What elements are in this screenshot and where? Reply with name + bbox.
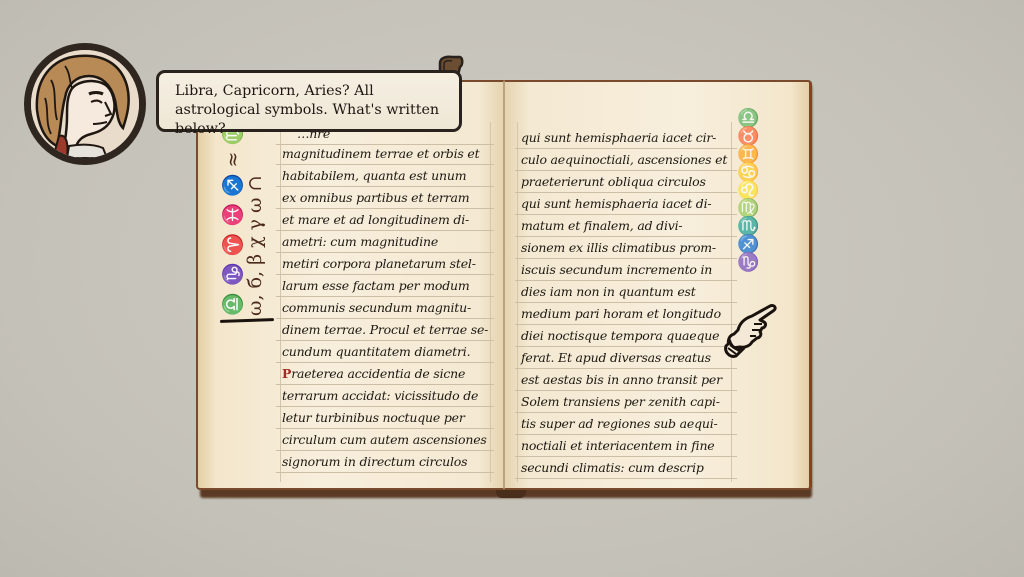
line-text: raeterea accidentia de sicne — [291, 366, 465, 381]
line-text: matum et finalem, ad divi- — [521, 218, 682, 233]
manuscript-line: habitabilem, quanta est unum — [282, 168, 466, 183]
ruled-line — [515, 412, 737, 413]
ruled-line — [276, 296, 494, 297]
open-manuscript-book: ♎ ♑ ♈ ♓ ♐ ≈ ♍ ω, б, β χ γ ω ∩ …nremagnit… — [196, 76, 812, 496]
ruled-line — [515, 258, 737, 259]
manuscript-line: dinem terrae. Procul et terrae se- — [282, 322, 488, 337]
ruled-line — [276, 144, 494, 145]
line-text: qui sunt hemisphaeria iacet di- — [521, 196, 711, 211]
ruled-line — [515, 390, 737, 391]
line-text: magnitudinem terrae et orbis et — [282, 146, 479, 161]
manuscript-line: cundum quantitatem diametri. — [282, 344, 470, 359]
manuscript-line: ametri: cum magnitudine — [282, 234, 438, 249]
manuscript-line: et mare et ad longitudinem di- — [282, 212, 469, 227]
line-text: sionem ex illis climatibus prom- — [521, 240, 716, 255]
line-text: dies iam non in quantum est — [521, 284, 696, 299]
ruled-line — [515, 280, 737, 281]
manuscript-line: metiri corpora planetarum stel- — [282, 256, 476, 271]
astrological-symbols-column-1[interactable]: ♎ ♑ ♈ ♓ ♐ ≈ ♍ — [224, 122, 243, 316]
speaker-portrait — [24, 43, 146, 165]
manuscript-line: diei noctisque tempora quaeque — [521, 328, 719, 343]
manuscript-line: secundi climatis: cum descrip — [521, 460, 704, 475]
line-text: et mare et ad longitudinem di- — [282, 212, 469, 227]
manuscript-line: matum et finalem, ad divi- — [521, 218, 682, 233]
ruled-line — [515, 148, 737, 149]
young-man-face-icon — [31, 50, 139, 158]
ruled-line — [276, 428, 494, 429]
line-text: terrarum accidat: vicissitudo de — [282, 388, 478, 403]
ruled-line — [276, 164, 494, 165]
ruled-line — [515, 368, 737, 369]
margin-ink-underline — [220, 318, 274, 323]
ruled-line — [276, 406, 494, 407]
manuscript-line: sionem ex illis climatibus prom- — [521, 240, 716, 255]
manuscript-line: magnitudinem terrae et orbis et — [282, 146, 479, 161]
manuscript-line: dies iam non in quantum est — [521, 284, 696, 299]
line-text: ametri: cum magnitudine — [282, 234, 438, 249]
line-text: larum esse factam per modum — [282, 278, 470, 293]
ruled-line — [515, 236, 737, 237]
ruled-line — [276, 450, 494, 451]
faded-margin-symbols[interactable]: ♎ ♉ ♊ ♋ ♌ ♍ ♏ ♐ ♑ — [737, 110, 789, 272]
line-text: dinem terrae. Procul et terrae se- — [282, 322, 488, 337]
ruled-line — [276, 340, 494, 341]
left-page[interactable]: ♎ ♑ ♈ ♓ ♐ ≈ ♍ ω, б, β χ γ ω ∩ …nremagnit… — [196, 80, 504, 490]
line-text: tis super ad regiones sub aequi- — [521, 416, 718, 431]
manuscript-line: culo aequinoctiali, ascensiones et — [521, 152, 727, 167]
line-text: praeterierunt obliqua circulos — [521, 174, 706, 189]
manuscript-line: terrarum accidat: vicissitudo de — [282, 388, 478, 403]
line-text: ex omnibus partibus et terram — [282, 190, 469, 205]
line-text: qui sunt hemisphaeria iacet cir- — [521, 130, 716, 145]
rubricated-initial: P — [282, 366, 291, 381]
ruled-line — [515, 324, 737, 325]
ruled-line — [515, 346, 737, 347]
manuscript-line: est aestas bis in anno transit per — [521, 372, 722, 387]
ruled-line — [276, 230, 494, 231]
ruled-line — [515, 456, 737, 457]
ruled-line — [515, 192, 737, 193]
manuscript-line: noctiali et interiacentem in fine — [521, 438, 715, 453]
line-text: letur turbinibus noctuque per — [282, 410, 465, 425]
dialogue-speech-bubble[interactable]: Libra, Capricorn, Aries? All astrologica… — [156, 70, 462, 132]
line-text: diei noctisque tempora quaeque — [521, 328, 719, 343]
manuscript-line: qui sunt hemisphaeria iacet di- — [521, 196, 711, 211]
ruled-line — [515, 214, 737, 215]
line-text: secundi climatis: cum descrip — [521, 460, 704, 475]
ruled-line — [515, 170, 737, 171]
ruled-line — [276, 274, 494, 275]
manuscript-line: ferat. Et apud diversas creatus — [521, 350, 711, 365]
dialogue-text: Libra, Capricorn, Aries? All astrologica… — [175, 82, 445, 139]
ruled-line — [276, 472, 494, 473]
line-text: metiri corpora planetarum stel- — [282, 256, 476, 271]
line-text: noctiali et interiacentem in fine — [521, 438, 715, 453]
astrological-symbols-column-2[interactable]: ω, б, β χ γ ω ∩ — [246, 175, 265, 316]
manuscript-line: Praeterea accidentia de sicne — [282, 366, 465, 381]
ruled-line — [276, 362, 494, 363]
portrait-background — [31, 50, 139, 158]
manuscript-line: qui sunt hemisphaeria iacet cir- — [521, 130, 716, 145]
ruled-line — [276, 318, 494, 319]
manuscript-line: communis secundum magnitu- — [282, 300, 471, 315]
line-text: ferat. Et apud diversas creatus — [521, 350, 711, 365]
line-text: iscuis secundum incremento in — [521, 262, 712, 277]
ruled-line — [276, 252, 494, 253]
line-text: Solem transiens per zenith capi- — [521, 394, 720, 409]
manuscript-line: iscuis secundum incremento in — [521, 262, 712, 277]
manuscript-line: Solem transiens per zenith capi- — [521, 394, 720, 409]
line-text: habitabilem, quanta est unum — [282, 168, 466, 183]
line-text: medium pari horam et longitudo — [521, 306, 721, 321]
manuscript-line: signorum in directum circulos — [282, 454, 467, 469]
manuscript-line: praeterierunt obliqua circulos — [521, 174, 706, 189]
line-text: cundum quantitatem diametri. — [282, 344, 470, 359]
line-text: signorum in directum circulos — [282, 454, 467, 469]
manuscript-line: ex omnibus partibus et terram — [282, 190, 469, 205]
ruled-line — [515, 302, 737, 303]
ruled-line — [276, 208, 494, 209]
manuscript-line: circulum cum autem ascensiones — [282, 432, 487, 447]
ruled-line — [515, 434, 737, 435]
line-text: communis secundum magnitu- — [282, 300, 471, 315]
ruled-line — [515, 478, 737, 479]
manuscript-line: medium pari horam et longitudo — [521, 306, 721, 321]
right-page[interactable]: qui sunt hemisphaeria iacet cir-culo aeq… — [504, 80, 812, 490]
line-text: circulum cum autem ascensiones — [282, 432, 487, 447]
line-text: est aestas bis in anno transit per — [521, 372, 722, 387]
manuscript-line: larum esse factam per modum — [282, 278, 470, 293]
manuscript-line: letur turbinibus noctuque per — [282, 410, 465, 425]
manicule-pointing-hand-icon[interactable] — [722, 300, 778, 360]
manuscript-line: tis super ad regiones sub aequi- — [521, 416, 718, 431]
ruled-line — [276, 186, 494, 187]
ruled-line — [276, 384, 494, 385]
line-text: culo aequinoctiali, ascensiones et — [521, 152, 727, 167]
